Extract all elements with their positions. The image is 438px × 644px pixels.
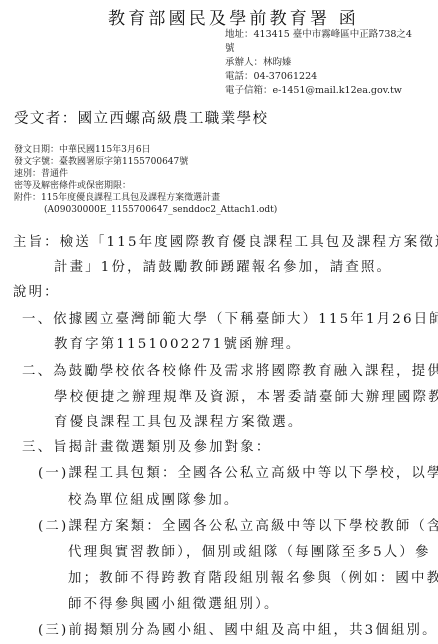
security-classification: 密等及解密條件或保密期限： bbox=[14, 180, 131, 192]
explanation-item-2-line-2: 學校便捷之辦理規準及資源，本署委請臺師大辦理國際教 bbox=[54, 387, 438, 409]
official-letter-page: 教育部國民及學前教育署 函 地址：413415 臺中市霧峰區中正路738之4 號… bbox=[0, 0, 438, 644]
document-number: 發文字號：臺教國署原字第1155700647號 bbox=[14, 156, 188, 168]
explanation-item-3-line-1: 三、旨揭計畫徵選類別及參加對象： bbox=[22, 437, 271, 459]
subitem-1-line-2: 校為單位組成團隊參加。 bbox=[68, 490, 240, 512]
recipient: 受文者：國立西螺高級農工職業學校 bbox=[14, 107, 268, 128]
subject-line-1: 主旨：檢送「115年度國際教育優良課程工具包及課程方案徵選 bbox=[13, 232, 438, 254]
subitem-3-line-1: (三)前揭類別分為國小組、國中組及高中組，共3個組別。 bbox=[38, 620, 438, 642]
attachment-filename[interactable]: (A09030000E_1155700647_senddoc2_Attach1.… bbox=[44, 204, 277, 216]
explanation-item-2-line-3: 育優良課程工具包及課程方案徵選。 bbox=[54, 412, 303, 434]
explanation-item-2-line-1: 二、為鼓勵學校依各校條件及需求將國際教育融入課程，提供 bbox=[22, 361, 438, 383]
subitem-2-line-4: 師不得參與國小組徵選組別）。 bbox=[68, 594, 280, 616]
subitem-2-line-3: 加；教師不得跨教育階段組別報名參與（例如：國中教 bbox=[68, 568, 438, 590]
subitem-2-line-2: 代理與實習教師），個別或組隊（每團隊至多5人）參 bbox=[68, 542, 431, 564]
document-title: 教育部國民及學前教育署 函 bbox=[108, 4, 359, 29]
attachment: 附件：115年度優良課程工具包及課程方案徵選計畫 bbox=[14, 192, 220, 204]
explanation-item-1-line-1: 一、依據國立臺灣師範大學（下稱臺師大）115年1月26日師大 bbox=[22, 309, 438, 331]
delivery-speed: 速別：普通件 bbox=[14, 168, 68, 180]
contact-address-cont: 號 bbox=[225, 42, 235, 56]
contact-address: 地址：413415 臺中市霧峰區中正路738之4 bbox=[225, 28, 412, 42]
subject-line-2: 計畫」1份，請鼓勵教師踴躍報名參加，請查照。 bbox=[54, 257, 392, 279]
explanation-item-1-line-2: 教育字第1151002271號函辦理。 bbox=[54, 334, 302, 356]
subitem-2-line-1: (二)課程方案類：全國各公私立高級中等以下學校教師（含 bbox=[38, 516, 438, 538]
explanation-heading: 說明： bbox=[13, 282, 60, 304]
subitem-1-line-1: (一)課程工具包類：全國各公私立高級中等以下學校，以學 bbox=[38, 463, 438, 485]
contact-phone: 電話：04-37061224 bbox=[225, 70, 317, 84]
issue-date: 發文日期：中華民國115年3月6日 bbox=[14, 144, 151, 156]
contact-email: 電子信箱：e-1451@mail.k12ea.gov.tw bbox=[225, 84, 402, 98]
contact-handler: 承辦人：林昀嫀 bbox=[225, 56, 292, 70]
